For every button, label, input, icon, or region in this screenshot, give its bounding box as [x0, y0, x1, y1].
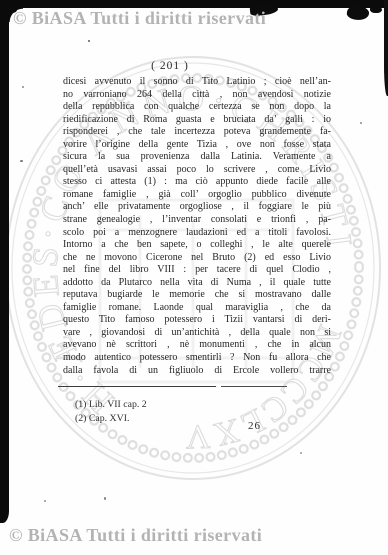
- body-text-line: questo Tito famoso potessero i Tizii van…: [63, 314, 331, 327]
- footnotes: (1) Lib. VII cap. 2(2) Cap. XVI.: [75, 398, 147, 426]
- body-text-line: reputava bugiarde le memorie che si most…: [63, 289, 331, 302]
- body-text-line: famiglie romane. Laonde qual maraviglia …: [63, 302, 331, 315]
- footnote-rule: [58, 386, 216, 387]
- scan-speck: [88, 40, 90, 42]
- body-text-line: risponderei , che tale incertezza poteva…: [63, 126, 331, 139]
- body-text-line: che ne movono Cicerone nel Bruto (2) ed …: [63, 252, 331, 265]
- body-text-line: no varroniano 264 della città , non aven…: [63, 89, 331, 102]
- scan-speck: [20, 160, 23, 162]
- scan-speck: [104, 497, 106, 500]
- body-text-line: avevano nè scrittori , nè monumenti , ch…: [63, 339, 331, 352]
- body-text-line: strane genealogie , l’inventar consolati…: [63, 214, 331, 227]
- body-text-line: vare , giovandosi di un’antichità , dell…: [63, 327, 331, 340]
- scan-border-right: [384, 0, 388, 96]
- footnote-line: (2) Cap. XVI.: [75, 412, 147, 426]
- body-text-line: dalla favola di un figliuolo di Ercole v…: [63, 365, 331, 378]
- scan-speck: [300, 452, 302, 454]
- ink-blotch: [370, 6, 382, 13]
- scan-border-left: [0, 0, 9, 523]
- body-text-line: quell’età usavasi assai poco lo scrivere…: [63, 164, 331, 177]
- scan-speck: [44, 500, 46, 502]
- body-text-line: nel fine del libro VIII : per tacere di …: [63, 264, 331, 277]
- copyright-watermark-top: © BiASA Tutti i diritti riservati: [13, 8, 266, 29]
- footnote-rule-segment: [221, 386, 287, 387]
- footnote-line: (1) Lib. VII cap. 2: [75, 398, 147, 412]
- body-text-line: modo autentico potessero smentirli ? Non…: [63, 352, 331, 365]
- body-text-line: stesso ci attesta (1) : ma ciò appunto d…: [63, 176, 331, 189]
- scanned-book-page: H·ÆDES·CO ANNO·CHRISTI MCCCLXV ( 201 ) d…: [0, 0, 388, 555]
- page-number: ( 201 ): [108, 60, 232, 72]
- scan-border-top: [0, 0, 388, 8]
- copyright-watermark-bottom: © BiASA Tutti i diritti riservati: [9, 525, 262, 546]
- body-text: dicesi avvenuto il sonno di Tito Latinio…: [63, 76, 331, 377]
- body-text-line: vorire l’origine della gente Tizia , ove…: [63, 139, 331, 152]
- body-text-line: sicura la sua provenienza dalla Latinia.…: [63, 151, 331, 164]
- scan-speck: [22, 86, 24, 88]
- body-text-line: romane famiglie , già coll’ orgoglio pub…: [63, 189, 331, 202]
- body-text-line: Intorno a che ben sapete, o colleghi , l…: [63, 239, 331, 252]
- body-text-line: riedificazione di Roma guasta e bruciata…: [63, 114, 331, 127]
- body-text-line: addotto da Plutarco nella vita di Numa ,…: [63, 277, 331, 290]
- body-text-line: dicesi avvenuto il sonno di Tito Latinio…: [63, 76, 331, 89]
- body-text-line: della repubblica con qualche certezza se…: [63, 101, 331, 114]
- signature-mark: 26: [248, 420, 261, 432]
- body-text-line: scolo poi a menzognere laudazioni ed a t…: [63, 227, 331, 240]
- body-text-line: anch’ elle privatamente orgogliose , il …: [63, 201, 331, 214]
- scan-speck: [360, 122, 362, 124]
